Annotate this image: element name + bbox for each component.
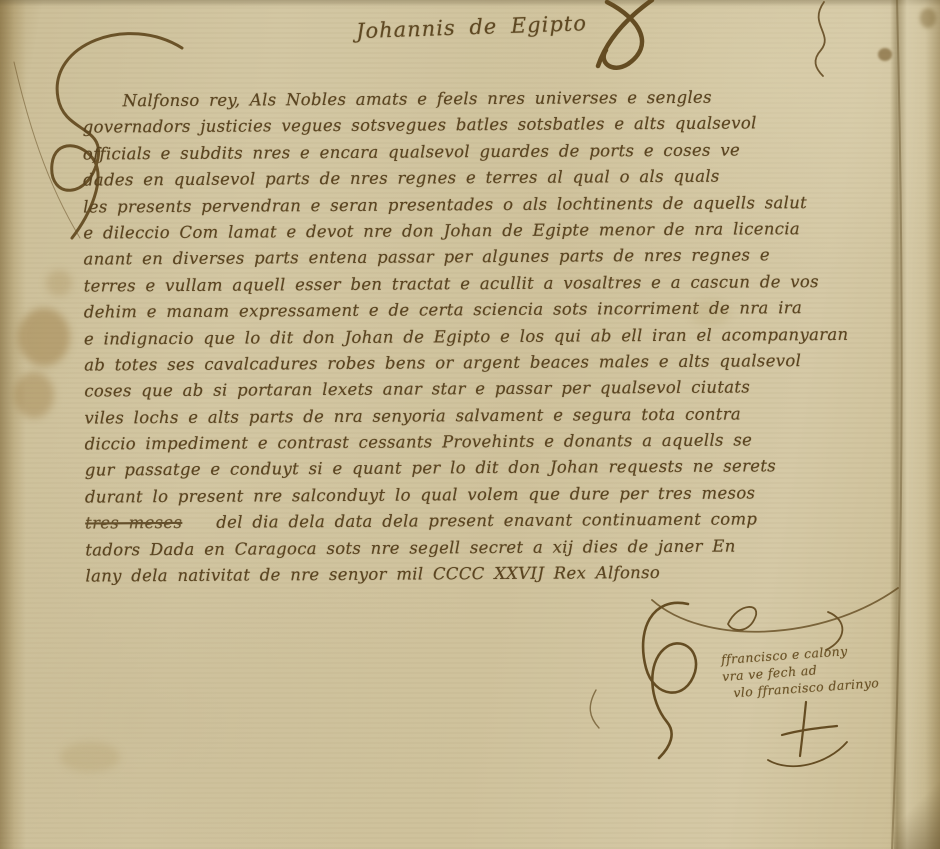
body-line: e dileccio Com lamat e devot nre don Joh… (83, 215, 905, 246)
ink-spot (878, 48, 892, 61)
page-heading: Johannis de Egipto (356, 9, 657, 43)
paraph-cross-icon (768, 702, 847, 766)
pen-flourish-date-swash-icon (652, 588, 898, 632)
pen-flourish-bottom-icon (590, 603, 696, 758)
page-corner-shadow (894, 779, 940, 849)
pen-flourish-s-icon (815, 2, 824, 76)
stain (60, 742, 120, 772)
stain (18, 308, 70, 366)
page-top-edge (0, 0, 940, 7)
manuscript-page: Johannis de Egipto Nalfonso rey, Als Nob… (0, 0, 940, 849)
document-body: Nalfonso rey, Als Nobles amats e feels n… (82, 83, 907, 589)
body-line-dateline: lany dela nativitat de nre senyor mil CC… (85, 559, 907, 590)
strikethrough-text: tres meses (85, 513, 182, 533)
page-left-edge (0, 0, 26, 849)
ink-spot (920, 8, 936, 28)
stain (46, 270, 72, 296)
body-line-text: del dia dela data dela present enavant c… (216, 510, 757, 532)
stain (14, 372, 54, 418)
body-line: ab totes ses cavalcadures robes bens or … (84, 347, 906, 378)
